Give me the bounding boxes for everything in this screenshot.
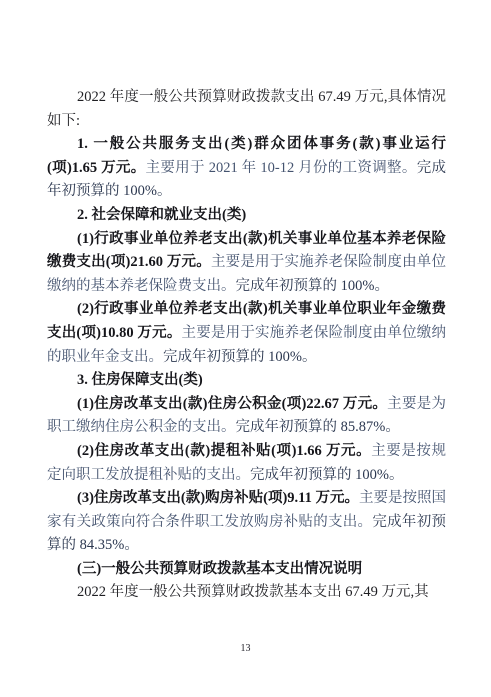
paragraph-item-3-2: (2)住房改革支出(款)提租补贴(项)1.66 万元。主要是按规定向职工发放提租… — [47, 440, 446, 487]
document-page: 2022 年度一般公共预算财政拨款支出 67.49 万元,具体情况如下: 1. … — [0, 0, 491, 697]
paragraph-item-1: 1. 一般公共服务支出(类)群众团体事务(款)事业运行(项)1.65 万元。主要… — [47, 133, 446, 204]
paragraph-item-3-3: (3)住房改革支出(款)购房补贴(项)9.11 万元。主要是按照国家有关政策向符… — [47, 487, 446, 558]
paragraph-item-2-1: (1)行政事业单位养老支出(款)机关事业单位基本养老保险缴费支出(项)21.60… — [47, 228, 446, 299]
body-text: 2022 年度一般公共预算财政拨款支出 67.49 万元,具体情况如下: — [47, 89, 446, 129]
paragraph-section-3: 3. 住房保障支出(类) — [47, 369, 446, 393]
item-completion: 完成年初预算的 85.87%。 — [236, 419, 400, 435]
paragraph-item-3-1: (1)住房改革支出(款)住房公积金(项)22.67 万元。主要是为职工缴纳住房公… — [47, 393, 446, 440]
paragraph-closing: 2022 年度一般公共预算财政拨款基本支出 67.49 万元,其 — [47, 581, 446, 605]
item-title: (3)住房改革支出(款)购房补贴(项)9.11 万元。 — [77, 490, 359, 506]
item-description: 主要用于 2021 年 10-12 月份的工资调整。 — [146, 160, 417, 176]
section-heading: (三)一般公共预算财政拨款基本支出情况说明 — [77, 561, 362, 577]
document-body-text: 2022 年度一般公共预算财政拨款支出 67.49 万元,具体情况如下: 1. … — [47, 86, 446, 605]
paragraph-section-san: (三)一般公共预算财政拨款基本支出情况说明 — [47, 558, 446, 582]
body-text: 2022 年度一般公共预算财政拨款基本支出 67.49 万元,其 — [77, 584, 429, 600]
item-completion: 完成年初预算的 100%。 — [236, 278, 389, 294]
paragraph-section-2: 2. 社会保障和就业支出(类) — [47, 204, 446, 228]
item-completion: 完成年初预算的 100%。 — [163, 349, 316, 365]
paragraph-intro: 2022 年度一般公共预算财政拨款支出 67.49 万元,具体情况如下: — [47, 86, 446, 133]
page-number: 13 — [0, 643, 491, 654]
item-completion: 完成年初预算的 100%。 — [250, 467, 403, 483]
section-heading: 2. 社会保障和就业支出(类) — [77, 207, 246, 223]
paragraph-item-2-2: (2)行政事业单位养老支出(款)机关事业单位职业年金缴费支出(项)10.80 万… — [47, 298, 446, 369]
item-title: (2)住房改革支出(款)提租补贴(项)1.66 万元。 — [77, 443, 371, 459]
section-heading: 3. 住房保障支出(类) — [77, 372, 203, 388]
item-title: (1)住房改革支出(款)住房公积金(项)22.67 万元。 — [77, 396, 387, 412]
